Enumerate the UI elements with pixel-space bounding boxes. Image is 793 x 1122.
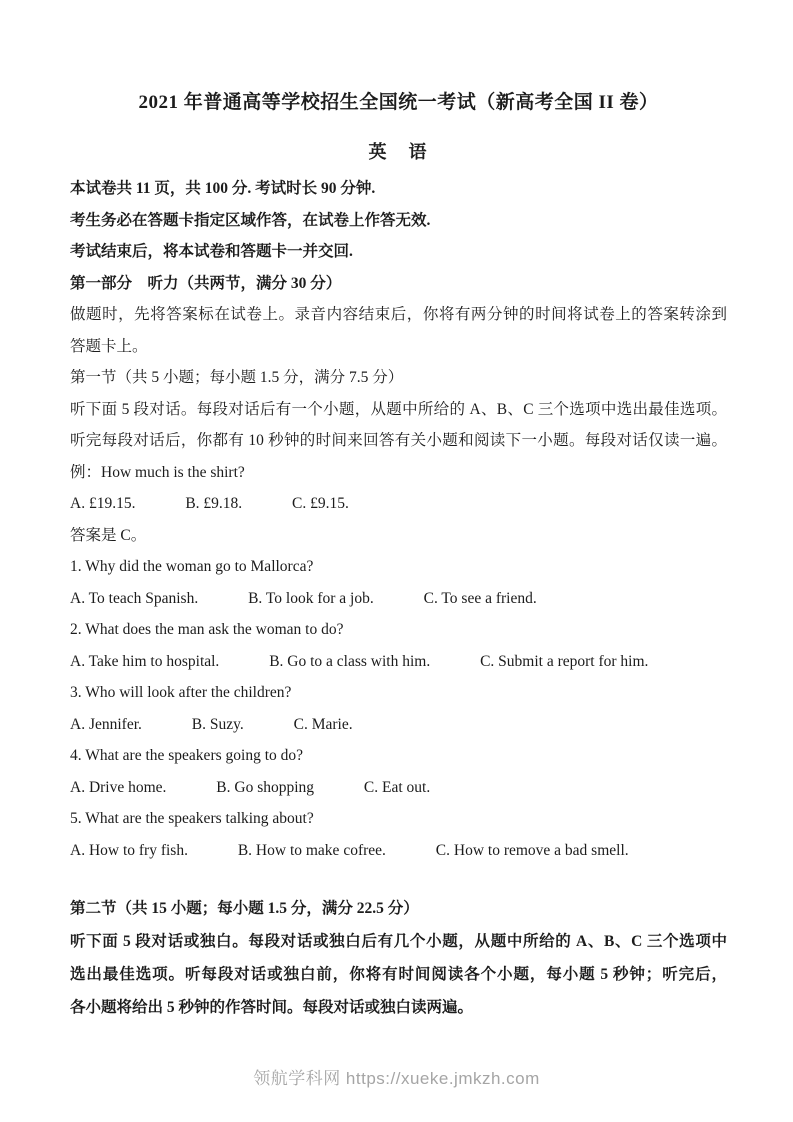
section2-instruction-line-2: 选出最佳选项。听每段对话或独白前，你将有时间阅读各个小题，每小题 5 秒钟；听完… <box>70 958 727 991</box>
question-block-5: 5. What are the speakers talking about? … <box>70 803 727 866</box>
subject-title: 英 语 <box>70 140 727 165</box>
question-options: A. Drive home. B. Go shopping C. Eat out… <box>70 772 727 804</box>
option-a: A. Jennifer. <box>70 709 142 741</box>
question-block-4: 4. What are the speakers going to do? A.… <box>70 740 727 803</box>
exam-paper-page: 2021 年普通高等学校招生全国统一考试（新高考全国 II 卷） 英 语 本试卷… <box>0 0 793 1122</box>
option-c: C. Eat out. <box>364 772 430 804</box>
notice-line-1: 本试卷共 11 页，共 100 分. 考试时长 90 分钟. <box>70 173 727 205</box>
question-options: A. How to fry fish. B. How to make cofre… <box>70 835 727 867</box>
question-text: 2. What does the man ask the woman to do… <box>70 614 727 646</box>
option-b: B. How to make cofree. <box>238 835 386 867</box>
part1-heading: 第一部分 听力（共两节，满分 30 分） <box>70 268 727 300</box>
option-b: B. Suzy. <box>192 709 244 741</box>
section2-instruction-line-3: 各小题将给出 5 秒钟的作答时间。每段对话或独白读两遍。 <box>70 991 727 1024</box>
question-options: A. To teach Spanish. B. To look for a jo… <box>70 583 727 615</box>
question-text: 3. Who will look after the children? <box>70 677 727 709</box>
section2-instruction-line-1: 听下面 5 段对话或独白。每段对话或独白后有几个小题，从题中所给的 A、B、C … <box>70 925 727 958</box>
example-options: A. £19.15. B. £9.18. C. £9.15. <box>70 488 727 520</box>
question-text: 5. What are the speakers talking about? <box>70 803 727 835</box>
example-option-a: A. £19.15. <box>70 488 135 520</box>
example-answer: 答案是 C。 <box>70 520 727 552</box>
question-block-3: 3. Who will look after the children? A. … <box>70 677 727 740</box>
option-c: C. Marie. <box>294 709 353 741</box>
example-question: 例：How much is the shirt? <box>70 457 727 489</box>
section1-instruction-line-1: 听下面 5 段对话。每段对话后有一个小题，从题中所给的 A、B、C 三个选项中选… <box>70 394 727 426</box>
option-b: B. Go to a class with him. <box>269 646 430 678</box>
part1-intro-line-2: 答题卡上。 <box>70 331 727 363</box>
section2-block: 第二节（共 15 小题；每小题 1.5 分，满分 22.5 分） 听下面 5 段… <box>70 892 727 1024</box>
section1-heading: 第一节（共 5 小题；每小题 1.5 分，满分 7.5 分） <box>70 362 727 394</box>
option-b: B. Go shopping <box>216 772 314 804</box>
part1-intro-line-1: 做题时，先将答案标在试卷上。录音内容结束后，你将有两分钟的时间将试卷上的答案转涂… <box>70 299 727 331</box>
option-c: C. How to remove a bad smell. <box>436 835 629 867</box>
option-a: A. To teach Spanish. <box>70 583 198 615</box>
section1-instruction-line-2: 听完每段对话后，你都有 10 秒钟的时间来回答有关小题和阅读下一小题。每段对话仅… <box>70 425 727 457</box>
example-option-b: B. £9.18. <box>185 488 242 520</box>
question-block-1: 1. Why did the woman go to Mallorca? A. … <box>70 551 727 614</box>
option-a: A. Take him to hospital. <box>70 646 219 678</box>
option-b: B. To look for a job. <box>248 583 374 615</box>
page-title: 2021 年普通高等学校招生全国统一考试（新高考全国 II 卷） <box>70 90 727 116</box>
option-a: A. Drive home. <box>70 772 166 804</box>
option-c: C. Submit a report for him. <box>480 646 648 678</box>
notice-line-2: 考生务必在答题卡指定区域作答，在试卷上作答无效. <box>70 205 727 237</box>
question-block-2: 2. What does the man ask the woman to do… <box>70 614 727 677</box>
question-options: A. Jennifer. B. Suzy. C. Marie. <box>70 709 727 741</box>
example-option-c: C. £9.15. <box>292 488 349 520</box>
footer-watermark: 领航学科网 https://xueke.jmkzh.com <box>0 1064 793 1089</box>
question-text: 4. What are the speakers going to do? <box>70 740 727 772</box>
question-text: 1. Why did the woman go to Mallorca? <box>70 551 727 583</box>
question-options: A. Take him to hospital. B. Go to a clas… <box>70 646 727 678</box>
section2-heading: 第二节（共 15 小题；每小题 1.5 分，满分 22.5 分） <box>70 892 727 925</box>
option-c: C. To see a friend. <box>424 583 537 615</box>
option-a: A. How to fry fish. <box>70 835 188 867</box>
notice-line-3: 考试结束后，将本试卷和答题卡一并交回. <box>70 236 727 268</box>
